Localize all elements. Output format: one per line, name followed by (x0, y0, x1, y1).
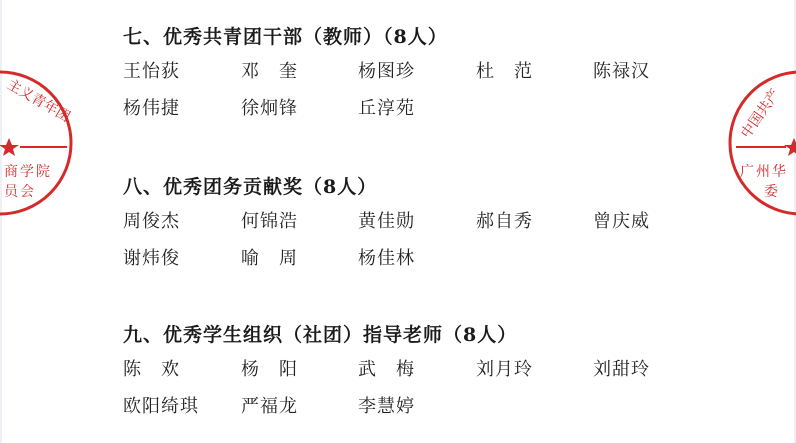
person-name: 喻 周 (241, 245, 298, 273)
person-name: 周俊杰 (123, 208, 180, 236)
seal-left-line1: 商学院 (4, 164, 52, 180)
person-name: 郝自秀 (476, 208, 533, 236)
section-outstanding-league-cadres-teachers: 七、优秀共青团干部（教师）（8人） 王怡荻 邓 奎 杨图珍 杜 范 陈禄汉 杨伟… (123, 24, 448, 132)
name-row: 谢炜俊 喻 周 杨佳林 (123, 245, 377, 282)
section-heading: 七、优秀共青团干部（教师）（8人） (123, 24, 448, 50)
person-name: 王怡荻 (123, 58, 180, 86)
person-name: 刘月玲 (476, 356, 533, 384)
official-seal-left: 主义青年团 商学院 员会 (0, 68, 75, 218)
person-name: 陈禄汉 (593, 58, 650, 86)
left-edge (0, 0, 2, 443)
seal-right-line1: 广州华 (740, 163, 788, 180)
person-name: 刘甜玲 (593, 356, 650, 384)
person-name: 杨 阳 (241, 356, 298, 384)
person-name: 杨伟捷 (123, 95, 180, 123)
section-outstanding-student-org-advisors: 九、优秀学生组织（社团）指导老师（8人） 陈 欢 杨 阳 武 梅 刘月玲 刘甜玲… (123, 322, 517, 430)
person-name: 曾庆威 (593, 208, 650, 236)
person-name: 严福龙 (241, 393, 298, 421)
seal-right-arc-text: 中国共产 (737, 86, 783, 142)
seal-left-line2: 员会 (4, 184, 36, 200)
section-heading: 八、优秀团务贡献奖（8人） (123, 174, 377, 200)
person-name: 武 梅 (358, 356, 415, 384)
name-row: 王怡荻 邓 奎 杨图珍 杜 范 陈禄汉 (123, 58, 448, 95)
person-name: 黄佳勋 (358, 208, 415, 236)
name-row: 周俊杰 何锦浩 黄佳勋 郝自秀 曾庆威 (123, 208, 377, 245)
person-name: 杨佳林 (358, 245, 415, 273)
seal-left-icon: 主义青年团 商学院 员会 (0, 68, 75, 218)
person-name: 徐炯锋 (241, 95, 298, 123)
section-heading: 九、优秀学生组织（社团）指导老师（8人） (123, 322, 517, 348)
official-seal-right: 中国共产 广州华 委 (726, 68, 796, 218)
person-name: 欧阳绮琪 (123, 393, 199, 421)
person-name: 陈 欢 (123, 356, 180, 384)
person-name: 李慧婷 (358, 393, 415, 421)
person-name: 邓 奎 (241, 58, 298, 86)
person-name: 何锦浩 (241, 208, 298, 236)
section-league-service-contribution-award: 八、优秀团务贡献奖（8人） 周俊杰 何锦浩 黄佳勋 郝自秀 曾庆威 谢炜俊 喻 … (123, 174, 377, 282)
person-name: 杨图珍 (358, 58, 415, 86)
seal-right-icon: 中国共产 广州华 委 (726, 68, 796, 218)
person-name: 谢炜俊 (123, 245, 180, 273)
seal-right-line2: 委 (764, 184, 778, 200)
name-row: 杨伟捷 徐炯锋 丘淳苑 (123, 95, 448, 132)
name-row: 欧阳绮琪 严福龙 李慧婷 (123, 393, 517, 430)
person-name: 杜 范 (476, 58, 533, 86)
name-row: 陈 欢 杨 阳 武 梅 刘月玲 刘甜玲 (123, 356, 517, 393)
person-name: 丘淳苑 (358, 95, 415, 123)
